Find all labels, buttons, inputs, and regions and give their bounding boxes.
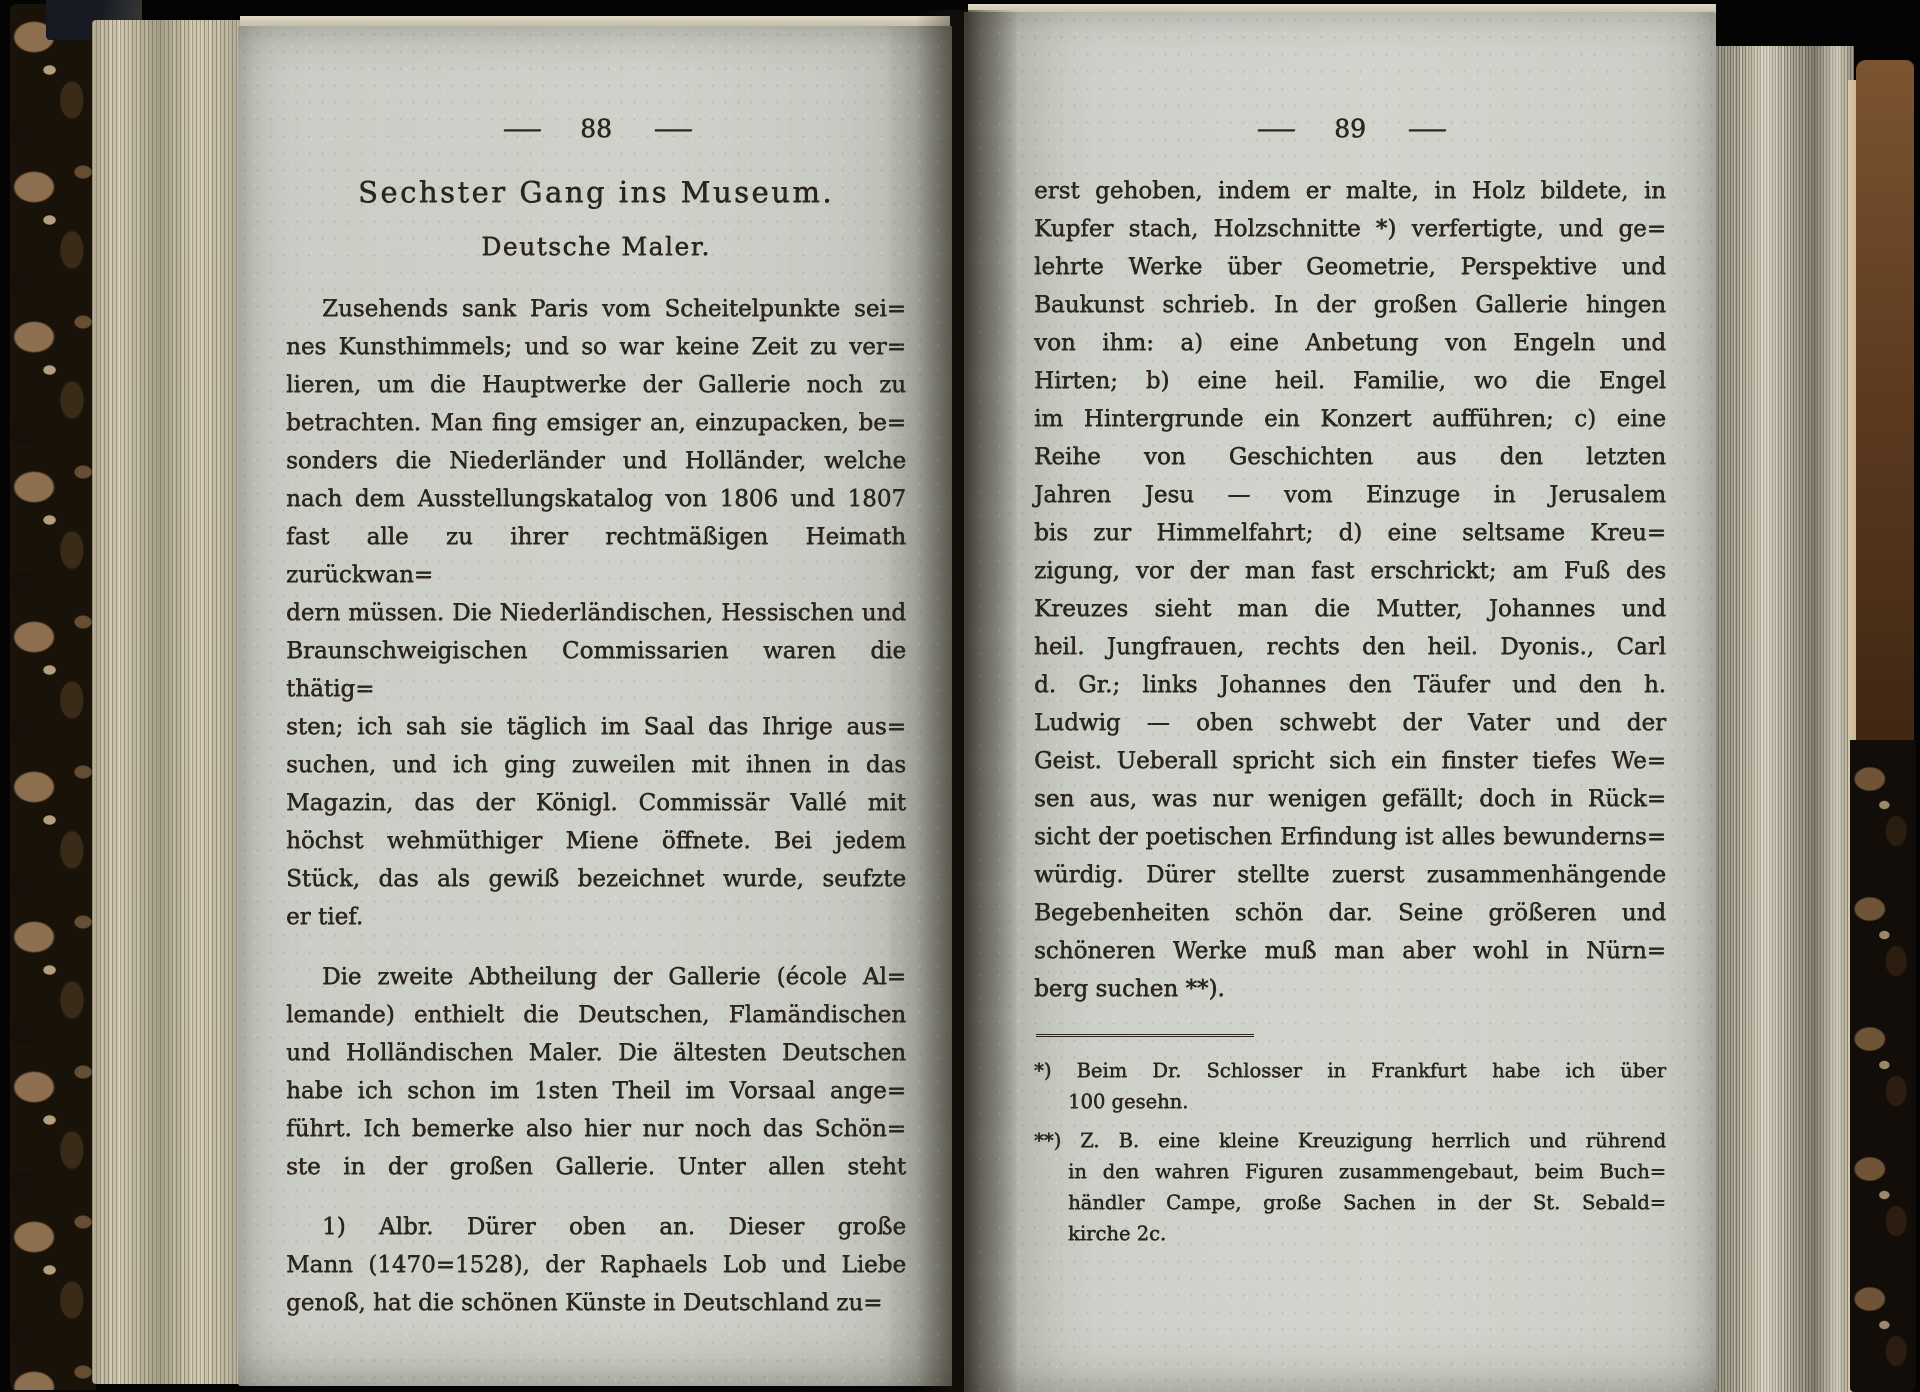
header-dash-icon: — xyxy=(502,112,539,146)
photo-background: { "book": { "left_page": { "page_number"… xyxy=(0,0,1920,1392)
right-page-body: erst gehoben, indem er malte, in Holz bi… xyxy=(1034,172,1666,1008)
text-line: nach dem Ausstellungskatalog von 1806 un… xyxy=(286,480,906,518)
left-page-body: Zusehends sank Paris vom Scheitelpunkte … xyxy=(286,290,906,1322)
text-line: Kreuzes sieht man die Mutter, Johannes u… xyxy=(1034,590,1666,628)
text-line: nes Kunsthimmels; und so war keine Zeit … xyxy=(286,328,906,366)
text-line: betrachten. Man fing emsiger an, einzupa… xyxy=(286,404,906,442)
section-subtitle: Deutsche Maler. xyxy=(286,230,906,264)
text-line: 100 gesehn. xyxy=(1034,1086,1666,1117)
page-number-left: 88 xyxy=(580,112,612,146)
text-line: von ihm: a) eine Anbetung von Engeln und xyxy=(1034,324,1666,362)
text-line: fast alle zu ihrer rechtmäßigen Heimath … xyxy=(286,518,906,594)
text-line: führt. Ich bemerke also hier nur noch da… xyxy=(286,1110,906,1148)
header-dash-icon: — xyxy=(1407,112,1444,146)
text-line: im Hintergrunde ein Konzert aufführen; c… xyxy=(1034,400,1666,438)
text-line: lehrte Werke über Geometrie, Perspektive… xyxy=(1034,248,1666,286)
text-line: lieren, um die Hauptwerke der Gallerie n… xyxy=(286,366,906,404)
page-header-right: — 89 — xyxy=(1034,112,1666,146)
text-line: Zusehends sank Paris vom Scheitelpunkte … xyxy=(286,290,906,328)
text-line: würdig. Dürer stellte zuerst zusammenhän… xyxy=(1034,856,1666,894)
text-line: Die zweite Abtheilung der Gallerie (écol… xyxy=(286,958,906,996)
text-line: bis zur Himmelfahrt; d) eine seltsame Kr… xyxy=(1034,514,1666,552)
text-line: **) Z. B. eine kleine Kreuzigung herrlic… xyxy=(1034,1125,1666,1156)
page-number-right: 89 xyxy=(1334,112,1366,146)
footnotes: *) Beim Dr. Schlosser in Frankfurt habe … xyxy=(1034,1055,1666,1249)
text-line: sonders die Niederländer und Holländer, … xyxy=(286,442,906,480)
page-edges-left xyxy=(92,20,242,1384)
text-line: habe ich schon im 1sten Theil im Vorsaal… xyxy=(286,1072,906,1110)
text-line: Magazin, das der Königl. Commissär Vallé… xyxy=(286,784,906,822)
text-line: Reihe von Geschichten aus den letzten xyxy=(1034,438,1666,476)
text-line: genoß, hat die schönen Künste in Deutsch… xyxy=(286,1284,906,1322)
text-line: in den wahren Figuren zusammengebaut, be… xyxy=(1034,1156,1666,1187)
text-line: ste in der großen Gallerie. Unter allen … xyxy=(286,1148,906,1186)
text-line: Kupfer stach, Holzschnitte *) verfertigt… xyxy=(1034,210,1666,248)
header-dash-icon: — xyxy=(1256,112,1293,146)
text-line: Hirten; b) eine heil. Familie, wo die En… xyxy=(1034,362,1666,400)
text-line: Geist. Ueberall spricht sich ein finster… xyxy=(1034,742,1666,780)
text-line: Baukunst schrieb. In der großen Gallerie… xyxy=(1034,286,1666,324)
text-line: kirche 2c. xyxy=(1034,1218,1666,1249)
page-edges-right xyxy=(1712,46,1854,1392)
footnote: *) Beim Dr. Schlosser in Frankfurt habe … xyxy=(1034,1055,1666,1117)
text-line: 1) Albr. Dürer oben an. Dieser große xyxy=(286,1208,906,1246)
chapter-title: Sechster Gang ins Museum. xyxy=(286,172,906,212)
text-line: Mann (1470=1528), der Raphaels Lob und L… xyxy=(286,1246,906,1284)
book: — 88 — Sechster Gang ins Museum. Deutsch… xyxy=(0,0,1920,1392)
text-line: lemande) enthielt die Deutschen, Flamänd… xyxy=(286,996,906,1034)
text-line: suchen, und ich ging zuweilen mit ihnen … xyxy=(286,746,906,784)
text-line: und Holländischen Maler. Die ältesten De… xyxy=(286,1034,906,1072)
text-line: dern müssen. Die Niederländischen, Hessi… xyxy=(286,594,906,632)
footnote: **) Z. B. eine kleine Kreuzigung herrlic… xyxy=(1034,1125,1666,1249)
book-cover-left-marbled xyxy=(10,4,96,1390)
text-line: erst gehoben, indem er malte, in Holz bi… xyxy=(1034,172,1666,210)
text-line: heil. Jungfrauen, rechts den heil. Dyoni… xyxy=(1034,628,1666,666)
footnote-rule xyxy=(1036,1034,1254,1037)
text-line: höchst wehmüthiger Miene öffnete. Bei je… xyxy=(286,822,906,860)
left-page: — 88 — Sechster Gang ins Museum. Deutsch… xyxy=(238,26,952,1386)
text-line: d. Gr.; links Johannes den Täufer und de… xyxy=(1034,666,1666,704)
text-line: sen aus, was nur wenigen gefällt; doch i… xyxy=(1034,780,1666,818)
text-line: Stück, das als gewiß bezeichnet wurde, s… xyxy=(286,860,906,898)
book-gutter-shadow xyxy=(916,10,1016,1392)
paragraph: Zusehends sank Paris vom Scheitelpunkte … xyxy=(286,290,906,936)
header-dash-icon: — xyxy=(653,112,690,146)
text-line: schöneren Werke muß man aber wohl in Nür… xyxy=(1034,932,1666,970)
book-cover-right-leather xyxy=(1856,60,1914,780)
text-line: händler Campe, große Sachen in der St. S… xyxy=(1034,1187,1666,1218)
text-line: zigung, vor der man fast erschrickt; am … xyxy=(1034,552,1666,590)
book-cover-right-marbled xyxy=(1850,740,1916,1392)
text-line: Braunschweigischen Commissarien waren di… xyxy=(286,632,906,708)
right-page-text-column: — 89 — erst gehoben, indem er malte, in … xyxy=(1034,112,1666,1257)
text-line: er tief. xyxy=(286,898,906,936)
text-line: *) Beim Dr. Schlosser in Frankfurt habe … xyxy=(1034,1055,1666,1086)
right-page: — 89 — erst gehoben, indem er malte, in … xyxy=(964,12,1716,1392)
paragraph: erst gehoben, indem er malte, in Holz bi… xyxy=(1034,172,1666,1008)
text-line: Jahren Jesu — vom Einzuge in Jerusalem xyxy=(1034,476,1666,514)
text-line: sten; ich sah sie täglich im Saal das Ih… xyxy=(286,708,906,746)
text-line: sicht der poetischen Erfindung ist alles… xyxy=(1034,818,1666,856)
text-line: Ludwig — oben schwebt der Vater und der xyxy=(1034,704,1666,742)
page-header-left: — 88 — xyxy=(286,112,906,146)
left-page-text-column: — 88 — Sechster Gang ins Museum. Deutsch… xyxy=(286,112,906,1322)
paragraph: Die zweite Abtheilung der Gallerie (écol… xyxy=(286,958,906,1186)
text-line: Begebenheiten schön dar. Seine größeren … xyxy=(1034,894,1666,932)
text-line: berg suchen **). xyxy=(1034,970,1666,1008)
paragraph: 1) Albr. Dürer oben an. Dieser großeMann… xyxy=(286,1208,906,1322)
